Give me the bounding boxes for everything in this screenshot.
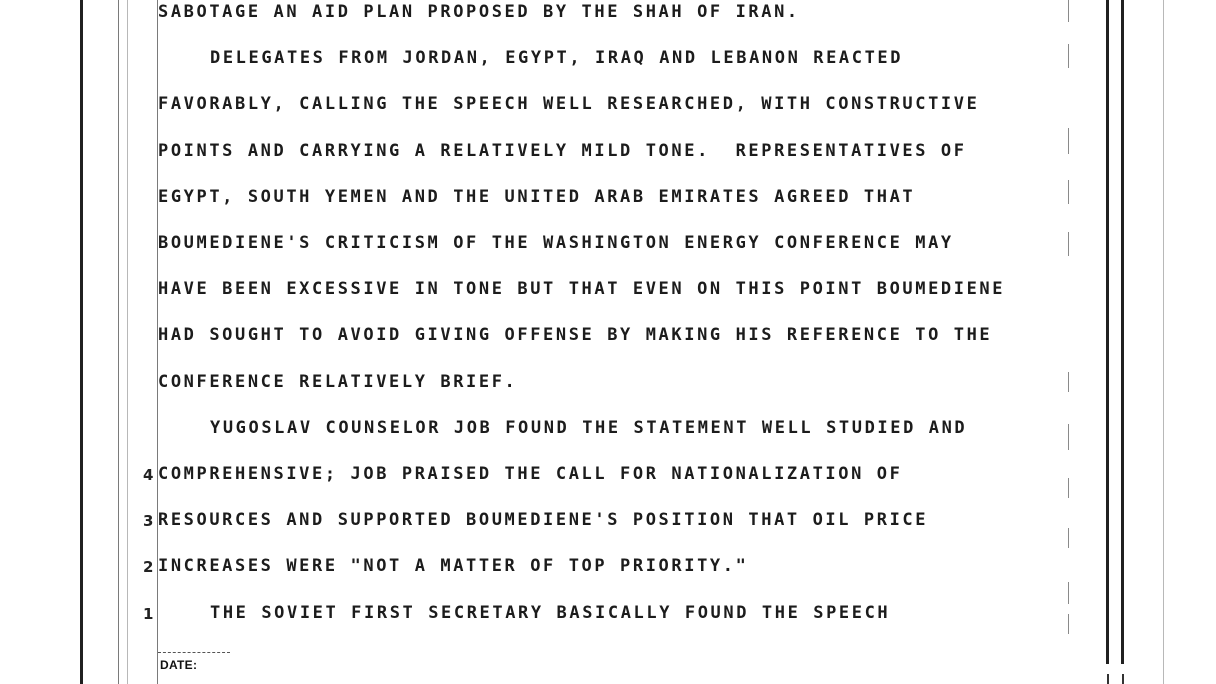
left-border-rule xyxy=(80,0,83,684)
margin-line-number: 2 xyxy=(143,558,153,576)
text-line: COMPREHENSIVE; JOB PRAISED THE CALL FOR … xyxy=(158,464,902,484)
right-border-stub xyxy=(1107,674,1109,684)
right-margin-tick xyxy=(1068,232,1069,256)
text-line: BOUMEDIENE'S CRITICISM OF THE WASHINGTON… xyxy=(158,233,954,253)
right-margin-tick xyxy=(1068,614,1069,634)
right-outer-rule xyxy=(1163,0,1164,684)
right-margin-tick xyxy=(1068,0,1069,22)
text-line: INCREASES WERE "NOT A MATTER OF TOP PRIO… xyxy=(158,556,748,576)
text-line: FAVORABLY, CALLING THE SPEECH WELL RESEA… xyxy=(158,94,979,114)
left-inner-rule-2 xyxy=(127,0,128,684)
text-line: CONFERENCE RELATIVELY BRIEF. xyxy=(158,372,517,392)
right-margin-tick xyxy=(1068,44,1069,68)
text-line: POINTS AND CARRYING A RELATIVELY MILD TO… xyxy=(158,141,967,161)
right-border-stub xyxy=(1122,674,1124,684)
right-margin-tick xyxy=(1068,372,1069,392)
margin-line-number: 4 xyxy=(143,466,153,484)
date-rule xyxy=(158,652,230,653)
right-margin-tick xyxy=(1068,128,1069,154)
right-margin-tick xyxy=(1068,424,1069,450)
text-line: HAD SOUGHT TO AVOID GIVING OFFENSE BY MA… xyxy=(158,325,992,345)
right-margin-tick xyxy=(1068,528,1069,548)
text-line: YUGOSLAV COUNSELOR JOB FOUND THE STATEME… xyxy=(210,418,967,438)
text-line: DELEGATES FROM JORDAN, EGYPT, IRAQ AND L… xyxy=(210,48,903,68)
right-border-rule xyxy=(1106,0,1109,664)
right-margin-tick xyxy=(1068,582,1069,604)
text-line: EGYPT, SOUTH YEMEN AND THE UNITED ARAB E… xyxy=(158,187,915,207)
right-border-rule-2 xyxy=(1121,0,1124,664)
text-line: SABOTAGE AN AID PLAN PROPOSED BY THE SHA… xyxy=(158,2,800,22)
margin-line-number: 3 xyxy=(143,512,153,530)
text-line: HAVE BEEN EXCESSIVE IN TONE BUT THAT EVE… xyxy=(158,279,1005,299)
right-margin-tick xyxy=(1068,478,1069,498)
text-line: RESOURCES AND SUPPORTED BOUMEDIENE'S POS… xyxy=(158,510,928,530)
margin-line-number: 1 xyxy=(143,605,153,623)
text-line: THE SOVIET FIRST SECRETARY BASICALLY FOU… xyxy=(210,603,890,623)
right-margin-tick xyxy=(1068,180,1069,204)
date-label: DATE: xyxy=(160,658,197,672)
left-inner-rule xyxy=(118,0,119,684)
